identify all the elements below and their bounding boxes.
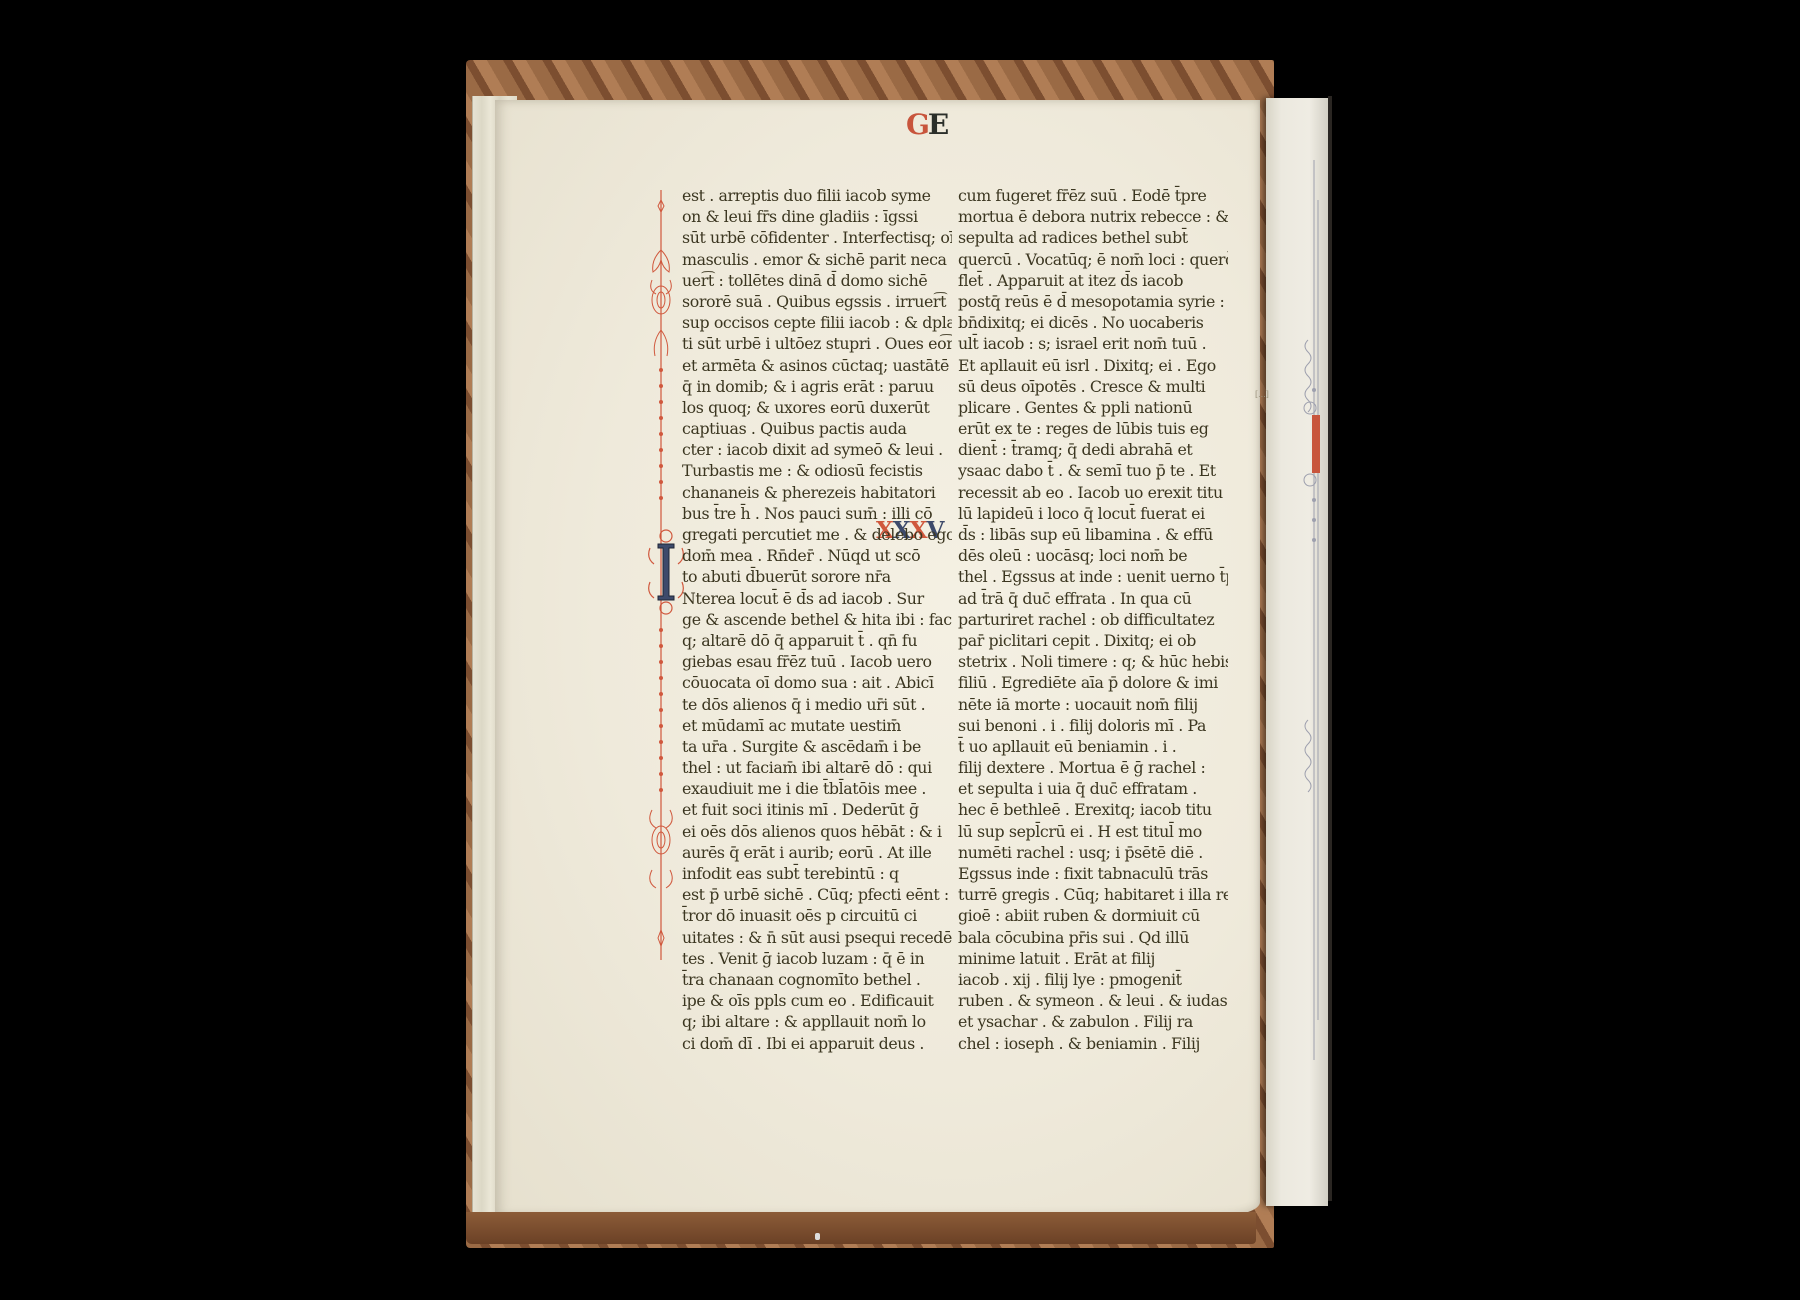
dust-speck bbox=[815, 1233, 820, 1240]
text-line: turrē gregis . Cūq; habitaret i illa re bbox=[958, 884, 1228, 905]
text-line: t̄ uo apllauit eū beniamin . i . bbox=[958, 736, 1228, 757]
text-line: flet̄ . Apparuit at itez d̄s iacob bbox=[958, 270, 1228, 291]
text-line: lū sup sepl̄crū ei . H est titul̄ mo bbox=[958, 821, 1228, 842]
text-line: gioē : abiit ruben & dormiuit cū bbox=[958, 905, 1228, 926]
running-title-dark-letter: E bbox=[928, 108, 947, 141]
text-line: et fuit soci itinis mī . Dederūt ḡ bbox=[682, 799, 952, 820]
text-line: est . arreptis duo filii iacob syme bbox=[682, 185, 952, 206]
text-line: et sepulta i uia q̄ duc̄ effratam . bbox=[958, 778, 1228, 799]
text-line: ad t̄rā q̄ duc̄ effrata . In qua cū bbox=[958, 588, 1228, 609]
margin-note: [...] bbox=[1255, 390, 1269, 399]
text-line: t̄ra chanaan cognomīto bethel . bbox=[682, 969, 952, 990]
text-line: Egssus inde : fixit tabnaculū trās bbox=[958, 863, 1228, 884]
text-line: iacob . xij . filij lye : pmogenit̄ bbox=[958, 969, 1228, 990]
text-line: nēte iā morte : uocauit nom̄ filij bbox=[958, 694, 1228, 715]
text-line: thel . Egssus at inde : uenit uerno t̄p̄… bbox=[958, 566, 1228, 587]
text-line: q; altarē dō q̄ apparuit t̄ . qn̄ fu bbox=[682, 630, 952, 651]
text-line: numēti rachel : usq; i p̄sētē diē . bbox=[958, 842, 1228, 863]
text-line: lū lapideū i loco q̄ locut̄ fuerat ei bbox=[958, 503, 1228, 524]
text-line: uitates : & n̄ sūt ausi psequi recedē bbox=[682, 927, 952, 948]
text-line: filiū . Egrediēte aīa p̄ dolore & imi bbox=[958, 672, 1228, 693]
text-line: giebas esau fr̄ēz tuū . Iacob uero bbox=[682, 651, 952, 672]
text-line: chel : ioseph . & beniamin . Filij bbox=[958, 1033, 1228, 1054]
text-line: ruben . & symeon . & leui . & iudas . bbox=[958, 990, 1228, 1011]
text-line: sūt urbē cōfidenter . Interfectisq; oīb bbox=[682, 227, 952, 248]
text-line: cter : iacob dixit ad symeō & leui . bbox=[682, 439, 952, 460]
text-line: uer͡t : tollētes dinā d̄ domo sichē bbox=[682, 270, 952, 291]
text-line: bus t̄re h̄ . Nos pauci sum̄ : illi cō bbox=[682, 503, 952, 524]
text-line: exaudiuit me i die t̄bl̄atōis mee . bbox=[682, 778, 952, 799]
text-line: ci dom̄ dī . Ibi ei apparuit deus . bbox=[682, 1033, 952, 1054]
running-title-red-letter: G bbox=[906, 108, 928, 141]
text-line: dom̄ mea . Rn̄der̄ . Nūqd ut scō bbox=[682, 545, 952, 566]
text-line: recessit ab eo . Iacob uo erexit titu bbox=[958, 482, 1228, 503]
text-line: par̄ piclitari cepit . Dixitq; ei ob bbox=[958, 630, 1228, 651]
text-line: te dōs alienos q̄ i medio ur̄i sūt . bbox=[682, 694, 952, 715]
running-title: GE bbox=[906, 108, 947, 141]
text-line: mortua ē debora nutrix rebecce : & bbox=[958, 206, 1228, 227]
text-line: erūt ex te : reges de lūbis tuis eg bbox=[958, 418, 1228, 439]
text-line: et mūdamī ac mutate uestim̄ bbox=[682, 715, 952, 736]
text-line: chananeis & pherezeis habitatori bbox=[682, 482, 952, 503]
text-line: ysaac dabo t̄ . & semī tuo p̄ te . Et bbox=[958, 460, 1228, 481]
text-line: est p̄ urbē sichē . Cūq; pfecti eēnt : bbox=[682, 884, 952, 905]
text-line: aurēs q̄ erāt i aurib; eorū . At ille bbox=[682, 842, 952, 863]
text-line: sepulta ad radices bethel subt̄ bbox=[958, 227, 1228, 248]
text-line: ipe & oīs ppls cum eo . Edificauit bbox=[682, 990, 952, 1011]
text-column-right: cum fugeret fr̄ēz suū . Eodē t̄premortua… bbox=[958, 185, 1228, 1054]
text-line: sororē suā . Quibus egssis . irruer͡t bbox=[682, 291, 952, 312]
text-line: Turbastis me : & odiosū fecistis bbox=[682, 460, 952, 481]
text-line: q̄ in domib; & i agris erāt : paruu bbox=[682, 376, 952, 397]
text-line: captiuas . Quibus pactis auda bbox=[682, 418, 952, 439]
text-line: ult̄ iacob : s; israel erit nom̄ tuū . bbox=[958, 333, 1228, 354]
next-leaf-initial bbox=[1312, 415, 1320, 473]
text-line: ge & ascende bethel & hita ibi : fac bbox=[682, 609, 952, 630]
text-line: tes . Venit ḡ iacob luzam : q̄ ē in bbox=[682, 948, 952, 969]
text-line: dient̄ : t̄ramq; q̄ dedi abrahā et bbox=[958, 439, 1228, 460]
text-line: stetrix . Noli timere : q; & hūc hebis bbox=[958, 651, 1228, 672]
text-line: parturiret rachel : ob difficultatez bbox=[958, 609, 1228, 630]
text-line: gregati percutiet me . & delebo ego & bbox=[682, 524, 952, 545]
text-line: on & leui fr̄s dine gladiis : īgssi bbox=[682, 206, 952, 227]
text-line: postq̄ reūs ē d̄ mesopotamia syrie : bbox=[958, 291, 1228, 312]
decorated-initial-i-icon bbox=[646, 528, 686, 616]
binding-bottom-edge bbox=[466, 1212, 1256, 1244]
text-line: et ysachar . & zabulon . Filij ra bbox=[958, 1011, 1228, 1032]
text-line: dēs oleū : uocāsq; loci nom̄ be bbox=[958, 545, 1228, 566]
text-line: d̄s : libās sup eū libamina . & effū bbox=[958, 524, 1228, 545]
text-line: q; ibi altare : & appllauit nom̄ lo bbox=[682, 1011, 952, 1032]
text-line: hec ē bethleē . Erexitq; iacob titu bbox=[958, 799, 1228, 820]
photo-background: GE bbox=[0, 0, 1800, 1300]
text-line: ta ur̄a . Surgite & ascēdam̄ i be bbox=[682, 736, 952, 757]
text-column-left: est . arreptis duo filii iacob symeon & … bbox=[682, 185, 952, 1054]
text-line: filij dextere . Mortua ē ḡ rachel : bbox=[958, 757, 1228, 778]
text-line: cōuocata oī domo sua : ait . Abicī bbox=[682, 672, 952, 693]
text-line: Nterea locut̄ ē d̄s ad iacob . Sur bbox=[682, 588, 952, 609]
text-line: et armēta & asinos cūctaq; uastātē bbox=[682, 355, 952, 376]
text-line: plicare . Gentes & ppli nationū bbox=[958, 397, 1228, 418]
text-line: bn̄dixitq; ei dicēs . No uocaberis bbox=[958, 312, 1228, 333]
text-line: los quoq; & uxores eorū duxerūt bbox=[682, 397, 952, 418]
text-line: sup occisos cepte filii iacob : & dpla bbox=[682, 312, 952, 333]
text-line: sū deus oīpotēs . Cresce & multi bbox=[958, 376, 1228, 397]
text-line: cum fugeret fr̄ēz suū . Eodē t̄pre bbox=[958, 185, 1228, 206]
text-line: ti sūt urbē i ultōez stupri . Oues eo͡r bbox=[682, 333, 952, 354]
text-line: ei oēs dōs alienos quos hēbāt : & i bbox=[682, 821, 952, 842]
text-line: Et apllauit eū isrl . Dixitq; ei . Ego bbox=[958, 355, 1228, 376]
text-line: sui benoni . i . filij doloris mī . Pa bbox=[958, 715, 1228, 736]
text-line: infodit eas subt̄ terebintū : q bbox=[682, 863, 952, 884]
text-line: thel : ut faciam̄ ibi altarē dō : qui bbox=[682, 757, 952, 778]
next-leaf-flourish-icon bbox=[1296, 160, 1332, 1060]
text-line: masculis . emor & sichē parit neca bbox=[682, 249, 952, 270]
text-line: quercū . Vocatūq; ē nom̄ loci : querc͡e bbox=[958, 249, 1228, 270]
text-line: to abuti d̄buerūt sorore nr̄a bbox=[682, 566, 952, 587]
text-line: t̄ror dō inuasit oēs p circuitū ci bbox=[682, 905, 952, 926]
text-line: minime latuit . Erāt at filij bbox=[958, 948, 1228, 969]
text-line: bala cōcubina pr̄is sui . Qd illū bbox=[958, 927, 1228, 948]
